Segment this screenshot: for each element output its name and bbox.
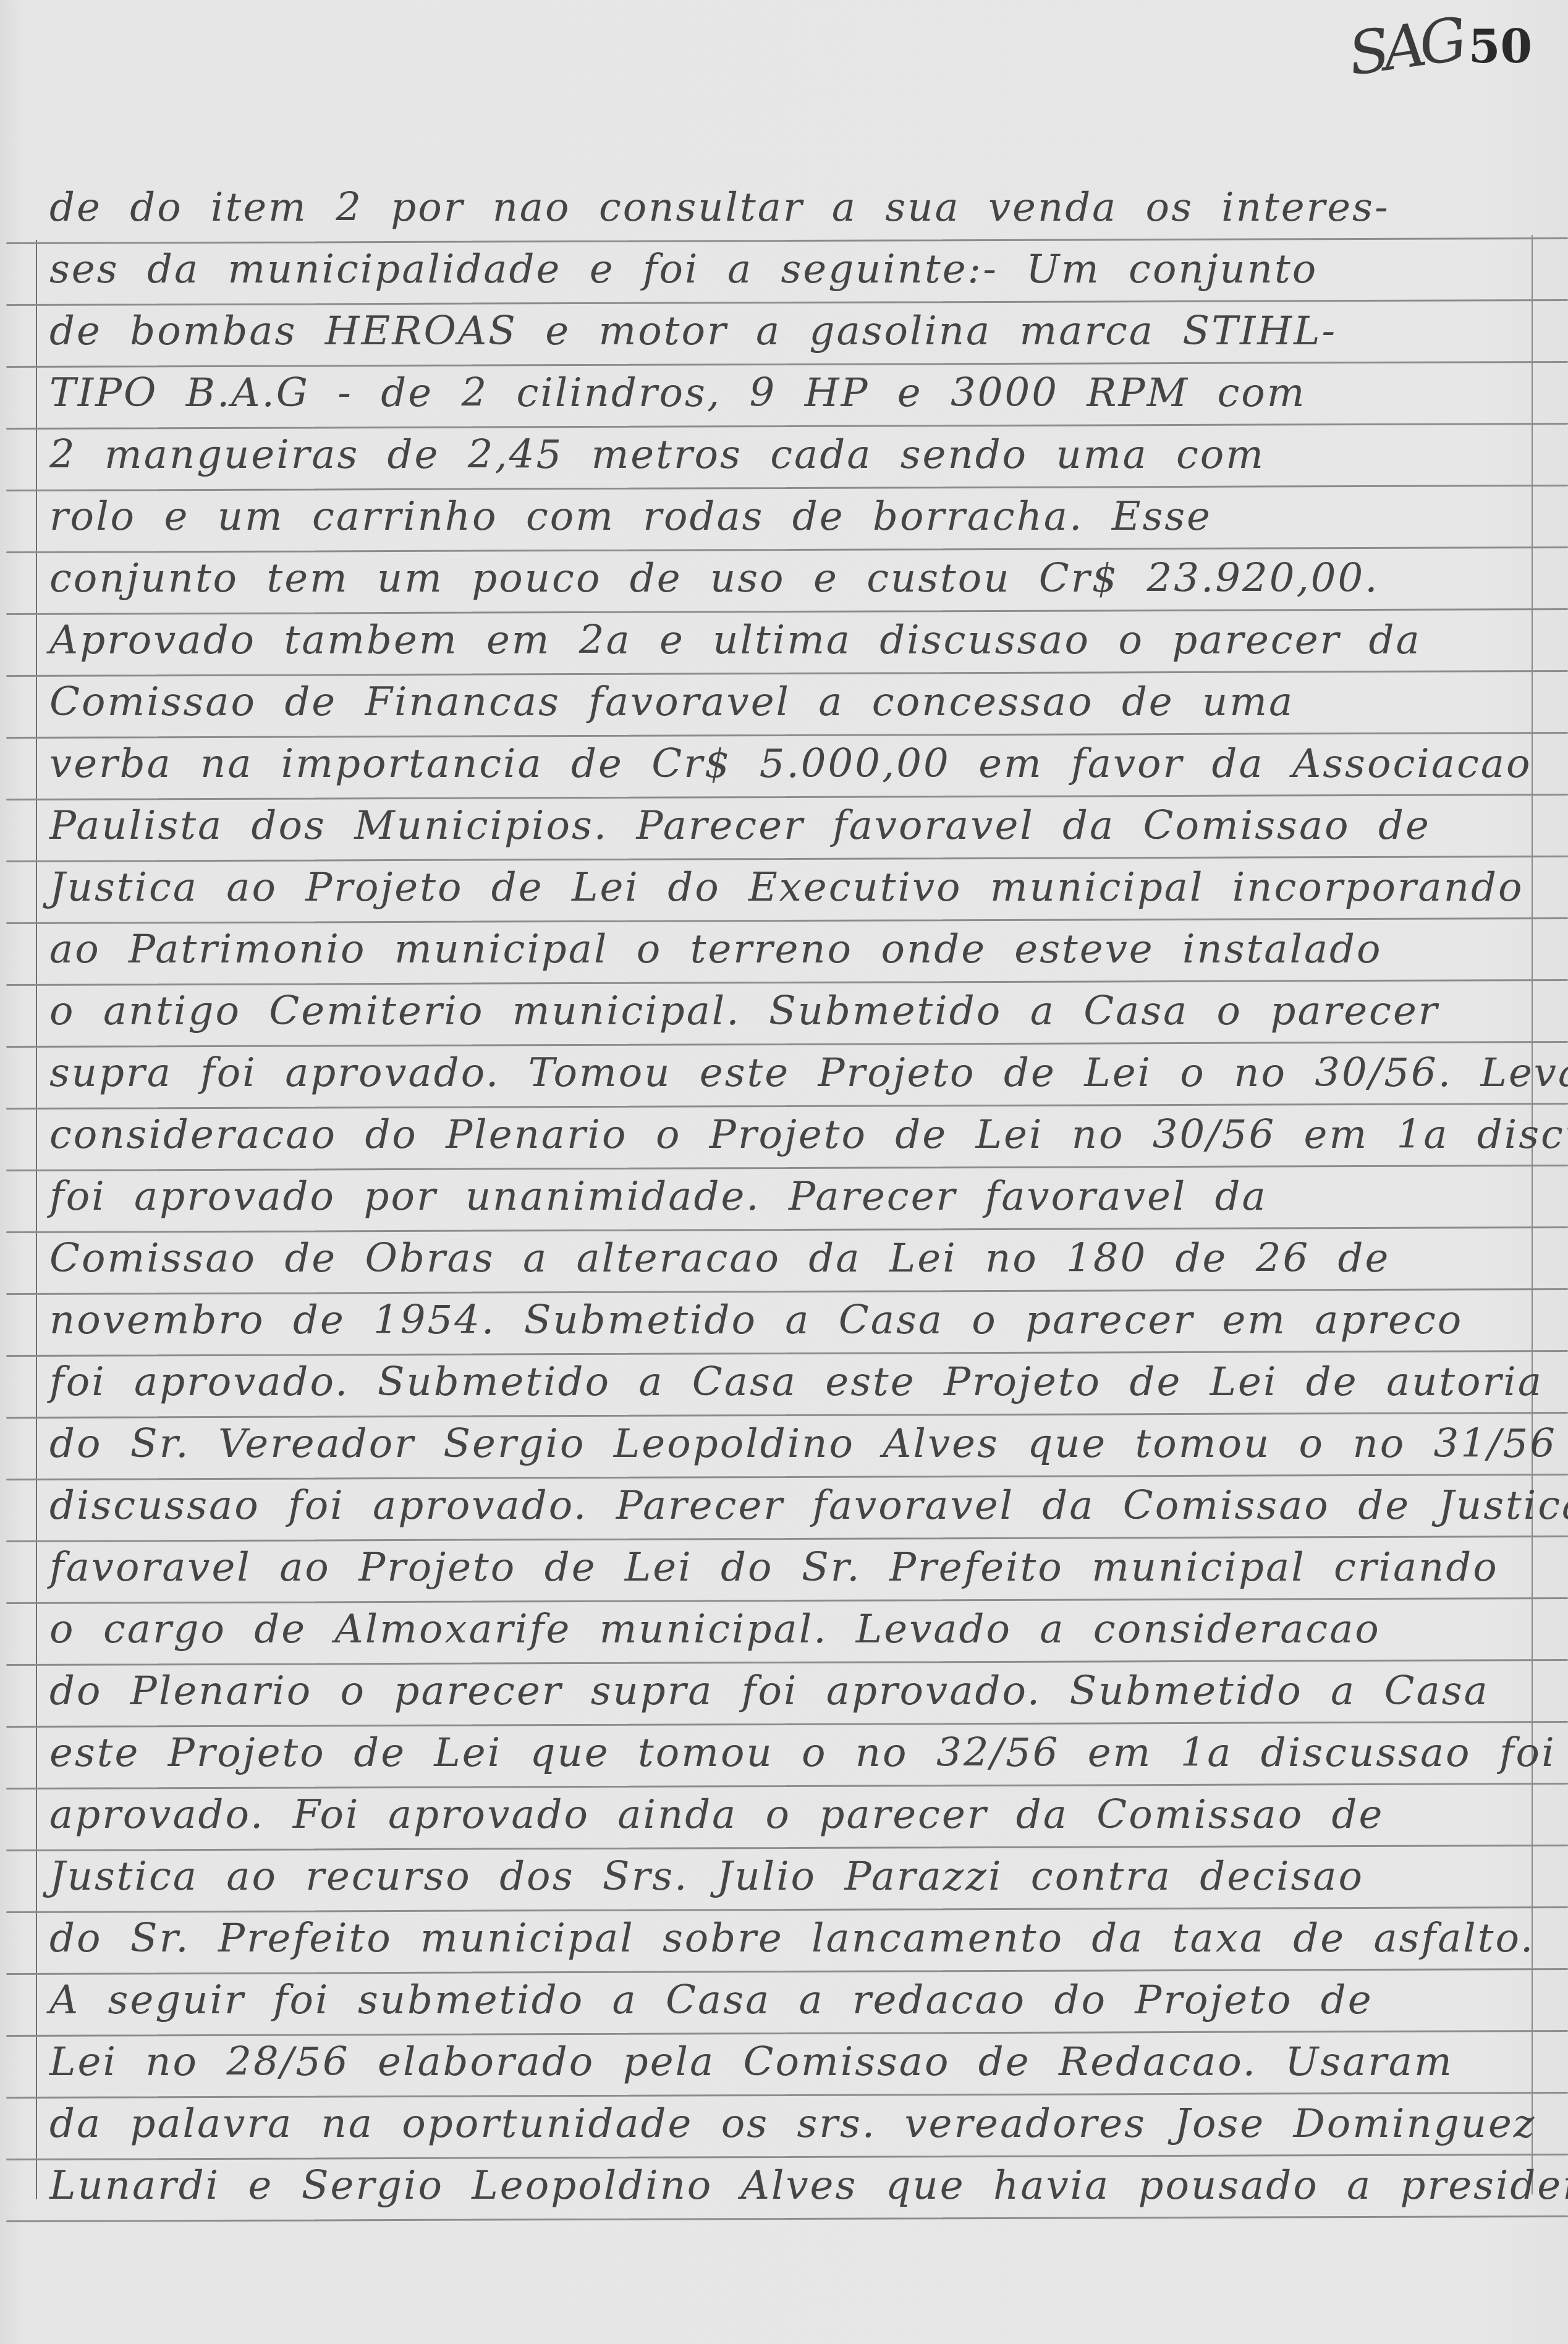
page-number: 50 [1468,24,1532,70]
rubric-signature: SAG [1345,10,1464,84]
ledger-page: SAG 50 de do item 2 por nao consultar a … [0,0,1568,2344]
page-header: SAG 50 [1349,17,1532,77]
handwritten-line: Lunardi e Sergio Leopoldino Alves que ha… [49,2149,1527,2223]
right-margin-line [1532,235,1533,2194]
left-margin-line [36,240,37,2199]
